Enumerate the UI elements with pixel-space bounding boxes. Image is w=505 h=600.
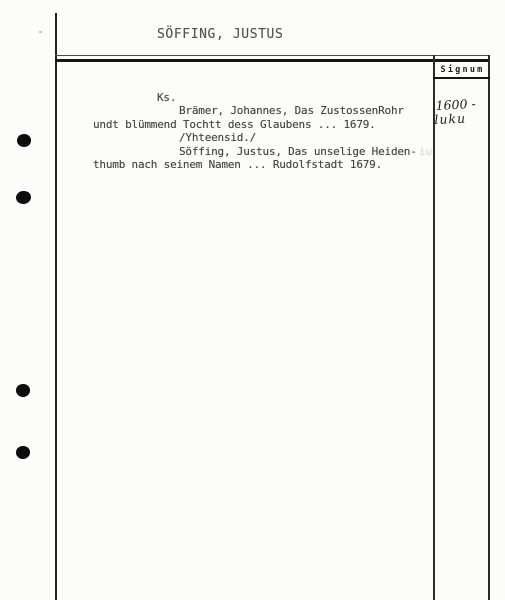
scan-speck [39, 31, 42, 33]
signum-handwritten-value: 1600 - luku [435, 97, 476, 127]
body-line: Brämer, Johannes, Das ZustossenRohr [179, 104, 404, 117]
card-left-border [55, 13, 57, 600]
hole-punch [16, 133, 32, 148]
card-top-rule-thick [55, 59, 490, 62]
hole-punch [15, 190, 31, 204]
card-heading: SÖFFING, JUSTUS [157, 27, 283, 42]
signum-column-divider [433, 55, 435, 600]
hole-punch [16, 446, 30, 459]
body-line: undt blümmend Tochtt dess Glaubens ... 1… [93, 118, 376, 131]
faded-print-artifact: iu [419, 145, 432, 158]
body-line: Ks. [157, 91, 176, 104]
card-right-border [488, 55, 490, 600]
catalog-card-scan: SÖFFING, JUSTUS Signum 1600 - luku Ks. B… [0, 0, 505, 600]
signum-value-line2: luku [434, 111, 477, 127]
signum-header-underline [433, 77, 490, 79]
hole-punch [16, 384, 31, 398]
signum-column-header: Signum [433, 62, 490, 77]
card-top-rule-thin [55, 55, 490, 56]
body-line: thumb nach seinem Namen ... Rudolfstadt … [93, 158, 382, 171]
body-line: /Yhteensid./ [179, 131, 256, 144]
body-line: Söffing, Justus, Das unselige Heiden- [179, 145, 417, 158]
